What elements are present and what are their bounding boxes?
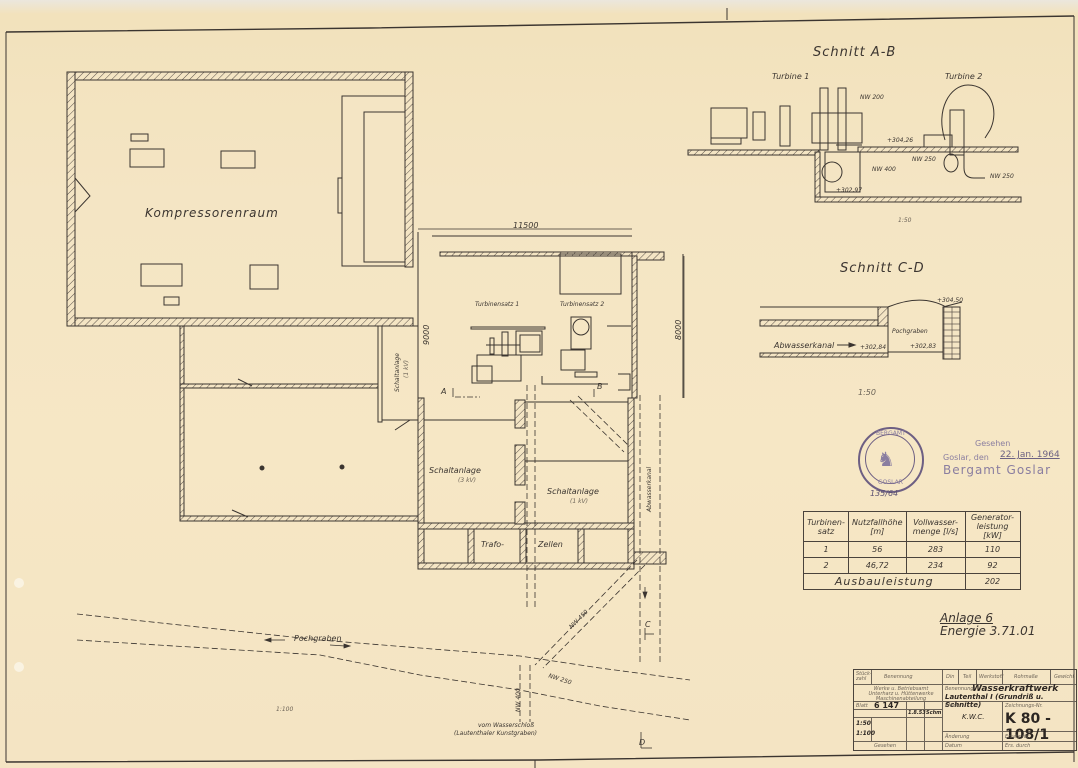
section-ab-title: Schnitt A-B [813,45,896,60]
room-label-switchgear-right: Schaltanlage [547,487,599,496]
tb-blatt-label: Blatt [856,703,868,709]
drawing-sheet: Schnitt A-B Turbine 1 Turbine 2 NW 200 +… [0,0,1078,768]
table-cell: 110 [965,542,1020,558]
seal-top-text: BERGAMT [876,430,906,437]
section-marker-a: A [441,387,446,396]
section-marker-c: C [645,620,651,629]
section-ab-turbine1-label: Turbine 1 [772,72,809,81]
tb-work: K.W.C. [962,713,985,721]
tb-gesehen-label: Gesehen [874,743,896,749]
tb-header-din: Din [946,674,954,680]
flow-arrows [265,587,654,748]
technical-drawing-lines [0,0,1078,768]
dimension-depth-right: 8000 [674,320,683,340]
section-ab-nw200: NW 200 [860,94,884,101]
section-cd-stream: Pochgraben [892,328,928,335]
annex-label: Anlage 6 [940,611,993,625]
section-ab-nw250a: NW 250 [912,156,936,163]
title-block: Stück-zahl Benennung Din Teil Werkstoff … [853,669,1077,751]
table-header: Vollwasser-menge [l/s] [906,512,965,542]
section-ab-nw250b: NW 250 [990,173,1014,180]
room-label-switchgear-small: Schaltanlage [394,353,401,392]
floor-plan-scale: 1:100 [276,706,293,713]
tb-footer-aenderung: Änderung [945,734,969,740]
section-cd-level-stream: +302,83 [910,343,936,350]
room-note-switchgear-right: (1 kV) [570,498,588,505]
table-cell: 92 [965,558,1020,574]
table-row: 1 56 283 110 [804,542,1021,558]
total-value: 202 [965,574,1020,590]
compressor-room-walls [67,72,413,326]
dimension-depth-left: 9000 [422,325,431,345]
table-cell: 56 [849,542,907,558]
tb-header-werkstoff: Werkstoff [979,674,1003,680]
table-row: 2 46,72 234 92 [804,558,1021,574]
section-cd-scale: 1:50 [858,388,876,397]
table-cell: 46,72 [849,558,907,574]
tb-zeichnungs-label: Zeichnungs-Nr. [1005,703,1043,709]
tb-origin: Werke u. Betriebsamt Unterharz u. Hütten… [862,687,940,702]
room-note-switchgear-small: (1 kV) [403,360,410,378]
tb-header-gewicht: Gewicht [1054,674,1074,680]
stamp-line-3: Bergamt Goslar [943,463,1051,477]
section-ab-scale: 1:50 [898,217,911,224]
stamp-handwritten-number: 135/64 [870,489,898,498]
tb-header-rohmasse: Rohmaße [1014,674,1038,680]
section-ab-level-bottom: +302,97 [836,187,862,194]
stamp-date: 22. Jan. 1964 [1000,450,1060,460]
tb-drawn-by: Schm [926,710,941,716]
tb-date-drawn: 1.8.53 [908,710,926,716]
section-ab-level-top: +304,26 [887,137,913,144]
room-label-compressor: Kompressorenraum [145,206,279,220]
section-cd-level-channel: +302,84 [860,344,886,351]
source-note-2: (Lautenthaler Kunstgraben) [454,730,537,737]
tb-scale-1: 1:50 [856,720,871,727]
section-marker-d: D [639,738,645,747]
tb-header-benennung: Benennung [884,674,913,680]
tb-benennung-label: Benennung [945,686,974,692]
total-label: Ausbauleistung [804,574,966,590]
channel-label-outflow: Abwasserkanal [646,467,653,512]
room-label-zellen: Zellen [538,540,563,549]
tb-header-stueckzahl: Stück-zahl [856,672,870,682]
section-cd-title: Schnitt C-D [840,261,925,276]
tb-footer-ersatz-fuer: Ersatz für [1005,734,1029,740]
table-header: Turbinen-satz [804,512,849,542]
tb-scale-2: 1:100 [856,730,875,737]
table-header-row: Turbinen-satz Nutzfallhöhe [m] Vollwasse… [804,512,1021,542]
turbine-hall [418,232,683,400]
table-cell: 1 [804,542,849,558]
section-ab-drawing [688,85,1021,202]
annex-energie: Energie 3.71.01 [940,624,1035,638]
bergamt-seal: BERGAMT GOSLAR ♞ [858,427,924,493]
room-label-trafo: Trafo- [481,540,504,549]
tb-project-number: 6 147 [874,701,899,710]
section-cd-channel: Abwasserkanal [774,341,834,350]
stamp-line-1: Gesehen [975,439,1010,448]
tb-werk-label: Werk: [945,703,960,709]
dimension-width: 11500 [513,221,538,230]
turbine-data-table: Turbinen-satz Nutzfallhöhe [m] Vollwasse… [803,511,1021,590]
sheet-border [6,8,1074,768]
table-total-row: Ausbauleistung 202 [804,574,1021,590]
room-note-switchgear-left: (3 kV) [458,477,476,484]
room-label-turbine1: Turbinensatz 1 [475,301,519,308]
section-marker-b: B [597,382,603,391]
room-label-turbine2: Turbinensatz 2 [560,301,604,308]
table-header: Nutzfallhöhe [m] [849,512,907,542]
tb-footer-datum: Datum [945,743,962,749]
middle-left-rooms [180,326,423,521]
tb-footer-ers-durch: Ers. durch [1005,743,1030,749]
table-header: Generator-leistung [kW] [965,512,1020,542]
section-marker-lines [453,388,594,397]
tb-header-teil: Teil [963,674,971,680]
table-cell: 234 [906,558,965,574]
pipes-and-channels [77,385,690,722]
stream-label-pochgraben: Pochgraben [294,634,342,643]
source-note-1: vom Wasserschloß [478,722,534,729]
table-cell: 283 [906,542,965,558]
pipe-label-nw400: NW 400 [515,688,522,712]
stamp-line-2-prefix: Goslar, den [943,453,989,462]
room-label-switchgear-left: Schaltanlage [429,466,481,475]
horse-emblem-icon: ♞ [877,447,895,471]
section-ab-turbine2-label: Turbine 2 [945,72,982,81]
table-cell: 2 [804,558,849,574]
section-cd-level-top: +304,50 [937,297,963,304]
section-ab-nw400: NW 400 [872,166,896,173]
seal-bottom-text: GOSLAR [878,479,903,486]
